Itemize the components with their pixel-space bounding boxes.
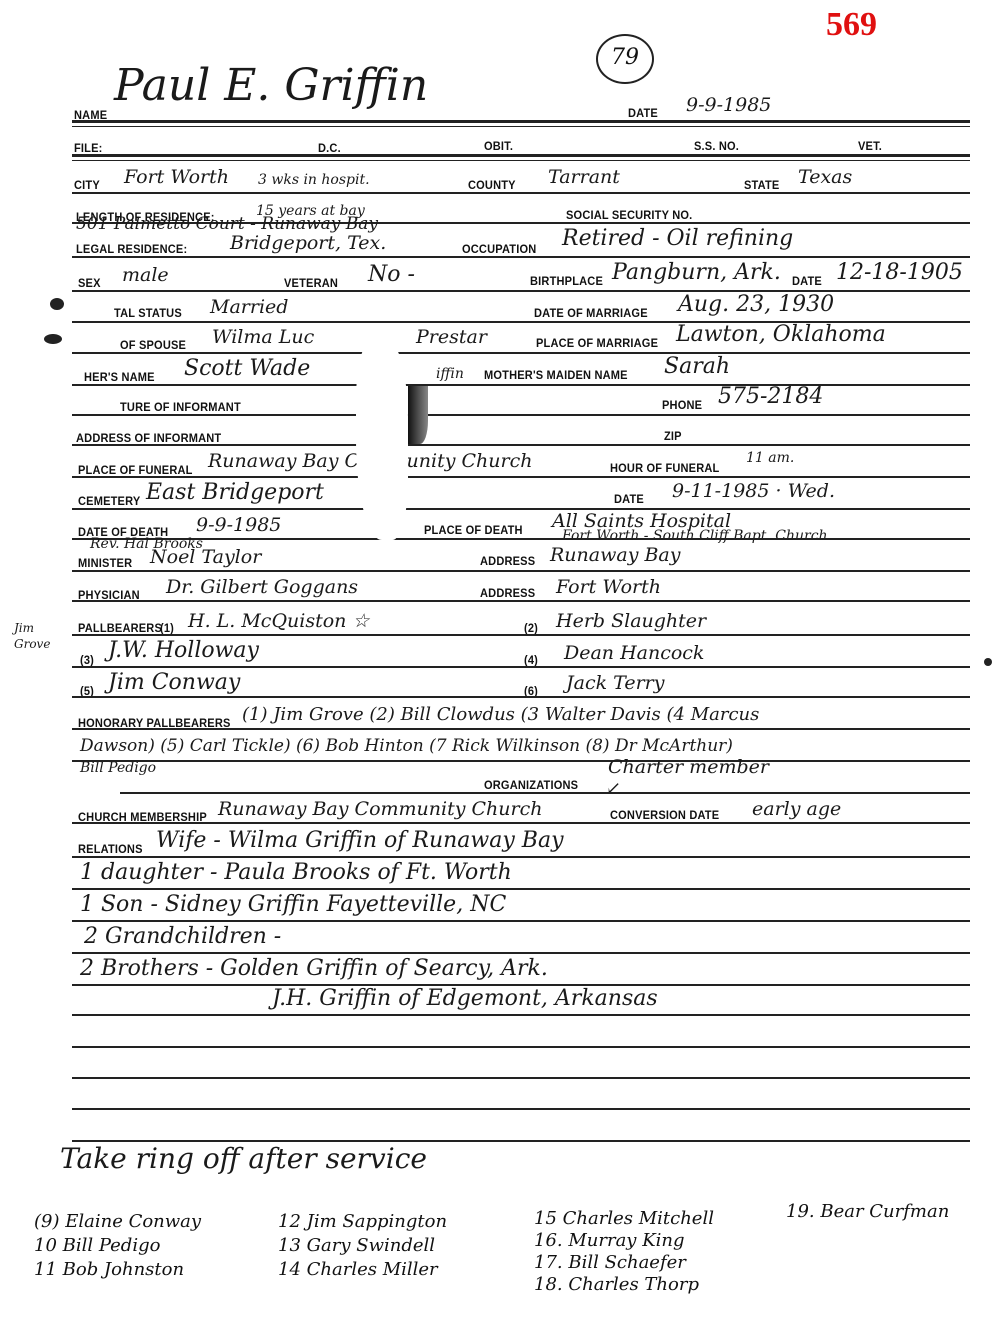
marital-status-label: TAL STATUS (114, 306, 182, 320)
zip-label: ZIP (664, 429, 682, 443)
conversion-date-label: CONVERSION DATE (610, 808, 719, 822)
funeral-date-label: DATE (614, 492, 644, 506)
additional-names-col-3: 15 Charles Mitchell 16. Murray King 17. … (534, 1208, 714, 1296)
pallbearer-4-name[interactable]: Dean Hancock (564, 642, 704, 664)
cemetery-value[interactable]: East Bridgeport (146, 480, 324, 505)
physician-value[interactable]: Dr. Gilbert Goggans (166, 576, 358, 598)
minister-address-label: ADDRESS (480, 554, 535, 568)
social-security-label: SOCIAL SECURITY NO. (566, 208, 692, 222)
name-rule-2 (72, 126, 970, 127)
blank-rule-1 (72, 1046, 970, 1048)
relations-line-3[interactable]: 1 Son - Sidney Griffin Fayetteville, NC (80, 892, 506, 917)
mother-value[interactable]: Sarah (664, 354, 730, 379)
additional-name[interactable]: 16. Murray King (534, 1230, 714, 1252)
relations-rule-3 (72, 920, 970, 922)
additional-name[interactable]: 10 Bill Pedigo (34, 1234, 201, 1258)
place-of-marriage-value[interactable]: Lawton, Oklahoma (676, 322, 886, 347)
additional-name[interactable]: (9) Elaine Conway (34, 1210, 201, 1234)
place-of-funeral-label: PLACE OF FUNERAL (78, 463, 193, 477)
place-of-marriage-label: PLACE OF MARRIAGE (536, 336, 658, 350)
phone-label: PHONE (662, 398, 702, 412)
county-value[interactable]: Tarrant (548, 166, 620, 188)
vet-label: VET. (858, 139, 882, 153)
date-of-marriage-value[interactable]: Aug. 23, 1930 (678, 292, 834, 317)
additional-names-col-4: 19. Bear Curfman (786, 1200, 949, 1224)
dc-label: D.C. (318, 141, 341, 155)
obit-label: OBIT. (484, 139, 513, 153)
honorary-pallbearers-line-1[interactable]: (1) Jim Grove (2) Bill Clowdus (3 Walter… (242, 704, 759, 725)
pallbearer-3-num: (3) (80, 653, 94, 667)
blank-rule-3 (72, 1108, 970, 1110)
city-rule (72, 192, 970, 194)
additional-name[interactable]: 17. Bill Schaefer (534, 1252, 714, 1274)
birth-date-label: DATE (792, 274, 822, 288)
pallbearer-4-num: (4) (524, 653, 538, 667)
mother-label: MOTHER'S MAIDEN NAME (484, 368, 628, 382)
organizations-label: ORGANIZATIONS (484, 778, 578, 792)
cemetery-rule (72, 508, 970, 510)
organizations-value[interactable]: Charter member (608, 756, 769, 778)
hour-of-funeral-label: HOUR OF FUNERAL (610, 461, 719, 475)
death-rule (72, 538, 970, 540)
place-of-death-note: Fort Worth - South Cliff Bapt. Church (562, 528, 828, 544)
spouse-value[interactable]: Wilma Luc (212, 326, 314, 348)
birth-date-value[interactable]: 12-18-1905 (836, 260, 963, 285)
father-value[interactable]: Scott Wade (184, 356, 310, 381)
legal-residence-value[interactable]: Bridgeport, Tex. (230, 232, 386, 254)
pallbearer-2-num: (2) (524, 621, 538, 635)
relations-line-1[interactable]: Wife - Wilma Griffin of Runaway Bay (156, 828, 564, 853)
pallbearer-2-name[interactable]: Herb Slaughter (556, 610, 706, 632)
city-value[interactable]: Fort Worth (124, 166, 229, 188)
additional-name[interactable]: 15 Charles Mitchell (534, 1208, 714, 1230)
file-rule (72, 154, 970, 157)
veteran-value[interactable]: No - (368, 262, 415, 287)
legal-residence-label: LEGAL RESIDENCE: (76, 242, 187, 256)
date-value[interactable]: 9-9-1985 (686, 94, 771, 116)
spouse-label: OF SPOUSE (120, 338, 186, 352)
additional-name[interactable]: 18. Charles Thorp (534, 1274, 714, 1296)
paper-damage (50, 298, 64, 310)
relations-line-5[interactable]: 2 Brothers - Golden Griffin of Searcy, A… (80, 956, 548, 981)
place-of-death-label: PLACE OF DEATH (424, 523, 523, 537)
additional-names-col-1: (9) Elaine Conway 10 Bill Pedigo 11 Bob … (34, 1210, 201, 1282)
funeral-date-value[interactable]: 9-11-1985 · Wed. (672, 480, 835, 502)
pallbearer-3-name[interactable]: J.W. Holloway (108, 638, 259, 663)
pallbearer-5-name[interactable]: Jim Conway (108, 670, 240, 695)
additional-name[interactable]: 14 Charles Miller (278, 1258, 447, 1282)
minister-address-value[interactable]: Runaway Bay (550, 544, 681, 566)
ring-note[interactable]: Take ring off after service (60, 1142, 427, 1175)
additional-name[interactable]: 13 Gary Swindell (278, 1234, 447, 1258)
sex-rule (72, 290, 970, 292)
pallbearer-1-num: (1) (160, 621, 174, 635)
organizations-rule (120, 792, 970, 794)
state-label: STATE (744, 178, 779, 192)
honorary-rule-2 (72, 760, 970, 762)
honorary-pallbearers-line-2[interactable]: Dawson) (5) Carl Tickle) (6) Bob Hinton … (80, 736, 733, 756)
paper-tear (356, 340, 408, 540)
occupation-label: OCCUPATION (462, 242, 536, 256)
page-number: 569 (826, 6, 877, 44)
phone-value[interactable]: 575-2184 (718, 384, 823, 409)
relations-rule-1 (72, 856, 970, 858)
hour-of-funeral-value[interactable]: 11 am. (746, 450, 794, 466)
pallbearers-label: PALLBEARERS (78, 621, 162, 635)
conversion-date-value[interactable]: early age (752, 798, 841, 820)
relations-rule-2 (72, 888, 970, 890)
father-label: HER'S NAME (84, 370, 155, 384)
tear-shadow (408, 386, 428, 444)
informant-signature-label: TURE OF INFORMANT (120, 400, 241, 414)
relations-line-2[interactable]: 1 daughter - Paula Brooks of Ft. Worth (80, 860, 512, 885)
pallbearer-rule-1 (72, 634, 970, 636)
father-value-2[interactable]: iffin (436, 366, 464, 382)
birthplace-label: BIRTHPLACE (530, 274, 603, 288)
file-label: FILE: (74, 141, 103, 155)
paper-speck (984, 658, 992, 666)
pallbearer-rule-2 (72, 666, 970, 668)
name-value[interactable]: Paul E. Griffin (114, 60, 428, 111)
pallbearer-6-name[interactable]: Jack Terry (566, 672, 664, 694)
arrow-icon: ↙ (606, 778, 621, 799)
marital-status-value[interactable]: Married (210, 296, 288, 318)
father-rule (72, 384, 970, 386)
legal-residence-rule (72, 256, 970, 258)
blank-rule-2 (72, 1077, 970, 1079)
informant-address-rule (72, 444, 970, 446)
city-label: CITY (74, 178, 100, 192)
funeral-rule (72, 476, 970, 478)
additional-names-col-2: 12 Jim Sappington 13 Gary Swindell 14 Ch… (278, 1210, 447, 1282)
physician-address-label: ADDRESS (480, 586, 535, 600)
circled-number: 79 (596, 34, 654, 84)
name-rule (72, 120, 970, 123)
church-membership-value[interactable]: Runaway Bay Community Church (218, 798, 542, 820)
birthplace-value[interactable]: Pangburn, Ark. (612, 260, 781, 285)
relations-rule-6 (72, 1014, 970, 1016)
minister-label: MINISTER (78, 556, 132, 570)
minister-rule (72, 570, 970, 572)
pallbearer-rule-3 (72, 696, 970, 698)
pallbearer-1-name[interactable]: H. L. McQuiston ☆ (188, 610, 369, 632)
relations-line-4[interactable]: 2 Grandchildren - (84, 924, 281, 949)
date-label: DATE (628, 106, 658, 120)
relations-rule-4 (72, 952, 970, 954)
veteran-label: VETERAN (284, 276, 338, 290)
additional-name[interactable]: 19. Bear Curfman (786, 1200, 949, 1224)
occupation-value[interactable]: Retired - Oil refining (562, 226, 793, 251)
relations-line-6[interactable]: J.H. Griffin of Edgemont, Arkansas (272, 986, 658, 1011)
additional-name[interactable]: 12 Jim Sappington (278, 1210, 447, 1234)
informant-address-label: ADDRESS OF INFORMANT (76, 431, 221, 445)
physician-address-value[interactable]: Fort Worth (556, 576, 661, 598)
additional-name[interactable]: 11 Bob Johnston (34, 1258, 201, 1282)
pallbearers-margin-note: Jim Grove (14, 620, 58, 652)
county-label: COUNTY (468, 178, 516, 192)
minister-value[interactable]: Noel Taylor (150, 546, 261, 568)
spouse-value-2[interactable]: Prestar (416, 326, 487, 348)
sex-value[interactable]: male (122, 264, 169, 286)
church-rule (72, 822, 970, 824)
relations-label: RELATIONS (78, 842, 143, 856)
informant-rule (72, 414, 970, 416)
paper-damage (44, 334, 62, 344)
honorary-rule-1 (72, 728, 970, 730)
file-rule-2 (72, 160, 970, 161)
spouse-rule (72, 352, 970, 354)
date-of-marriage-label: DATE OF MARRIAGE (534, 306, 648, 320)
physician-rule (72, 600, 970, 602)
honorary-pallbearers-line-3[interactable]: Bill Pedigo (80, 760, 156, 776)
street-address-value[interactable]: 501 Palmetto Court - Runaway Bay (76, 214, 378, 234)
ss-no-label: S.S. NO. (694, 139, 739, 153)
sex-label: SEX (78, 276, 101, 290)
cemetery-label: CEMETERY (78, 494, 140, 508)
city-note: 3 wks in hospit. (258, 172, 370, 188)
state-value[interactable]: Texas (798, 166, 852, 188)
date-of-death-value[interactable]: 9-9-1985 (196, 514, 281, 536)
